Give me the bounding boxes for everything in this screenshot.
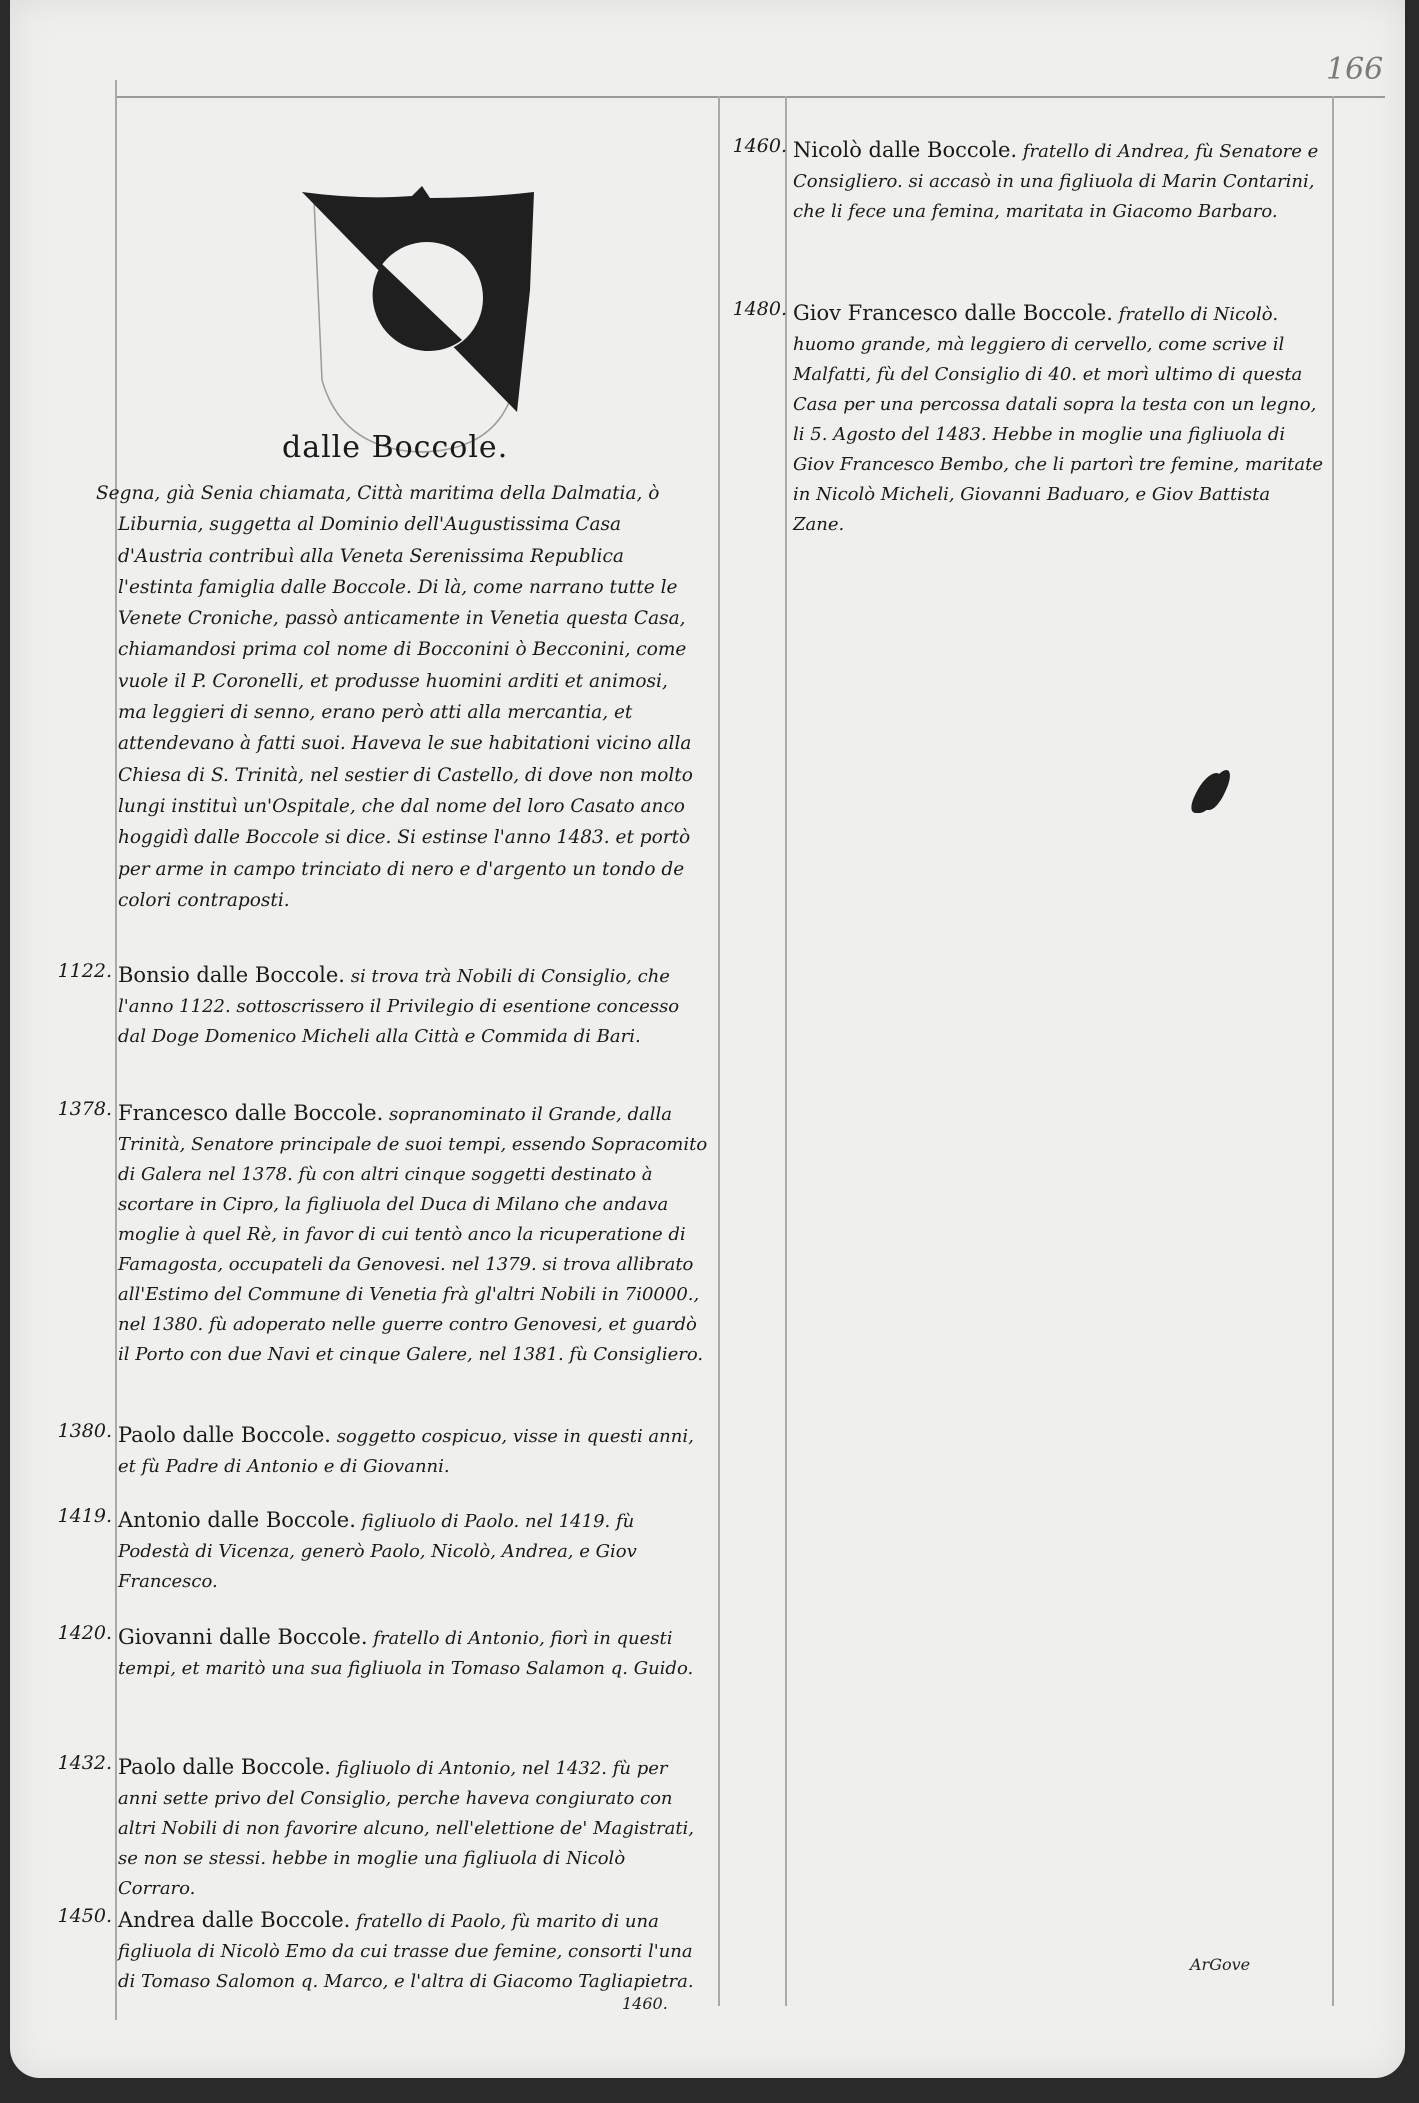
entry-name: Nicolò dalle Boccole. — [793, 138, 1017, 162]
top-rule — [115, 96, 1385, 98]
entry-text: figliuolo di Antonio, nel 1432. fù per a… — [118, 1758, 694, 1899]
entry-name: Andrea dalle Boccole. — [118, 1908, 350, 1932]
entry-year: 1122. — [42, 960, 112, 982]
entry-body: Nicolò dalle Boccole. fratello di Andrea… — [793, 135, 1323, 227]
entry-year: 1378. — [42, 1098, 112, 1120]
entry-body: Paolo dalle Boccole. figliuolo di Antoni… — [118, 1752, 708, 1904]
entry-text: sopranominato il Grande, dalla Trinità, … — [118, 1104, 707, 1365]
catchword: 1460. — [622, 1994, 668, 2013]
entry-name: Francesco dalle Boccole. — [118, 1101, 383, 1125]
entry-body: Giovanni dalle Boccole. fratello di Anto… — [118, 1622, 708, 1684]
intro-paragraph: Segna, già Senia chiamata, Città maritim… — [96, 478, 696, 916]
entry-year: 1460. — [717, 135, 787, 157]
entry-body: Paolo dalle Boccole. soggetto cospicuo, … — [118, 1420, 708, 1482]
entry-year: 1420. — [42, 1622, 112, 1644]
entry-name: Paolo dalle Boccole. — [118, 1423, 331, 1447]
manuscript-page: 166 dalle Boccole. Segna, già Senia chia… — [10, 0, 1405, 2078]
folio-number: 166 — [1326, 52, 1383, 87]
right-column-left-rule — [785, 96, 787, 2006]
entry-body: Bonsio dalle Boccole. si trova trà Nobil… — [118, 960, 708, 1052]
entry-year: 1480. — [717, 298, 787, 320]
intro-text: Segna, già Senia chiamata, Città maritim… — [96, 478, 696, 916]
family-title: dalle Boccole. — [282, 430, 508, 465]
right-column-right-rule — [1332, 96, 1334, 2006]
entry-text: fratello di Nicolò. huomo grande, mà leg… — [793, 304, 1323, 535]
entry-year: 1432. — [42, 1752, 112, 1774]
entry-name: Giovanni dalle Boccole. — [118, 1625, 368, 1649]
entry-body: Antonio dalle Boccole. figliuolo di Paol… — [118, 1505, 708, 1597]
entry-year: 1380. — [42, 1420, 112, 1442]
entry-body: Andrea dalle Boccole. fratello di Paolo,… — [118, 1905, 708, 1997]
coat-of-arms-icon — [302, 180, 542, 460]
signature: ArGove — [1190, 1955, 1250, 1974]
entry-name: Antonio dalle Boccole. — [118, 1508, 356, 1532]
entry-year: 1450. — [42, 1905, 112, 1927]
entry-body: Giov Francesco dalle Boccole. fratello d… — [793, 298, 1323, 540]
left-margin-rule — [115, 80, 117, 2020]
entry-name: Giov Francesco dalle Boccole. — [793, 301, 1113, 325]
entry-body: Francesco dalle Boccole. sopranominato i… — [118, 1098, 708, 1370]
entry-name: Bonsio dalle Boccole. — [118, 963, 345, 987]
left-column-right-rule — [718, 96, 720, 2006]
entry-name: Paolo dalle Boccole. — [118, 1755, 331, 1779]
entry-year: 1419. — [42, 1505, 112, 1527]
